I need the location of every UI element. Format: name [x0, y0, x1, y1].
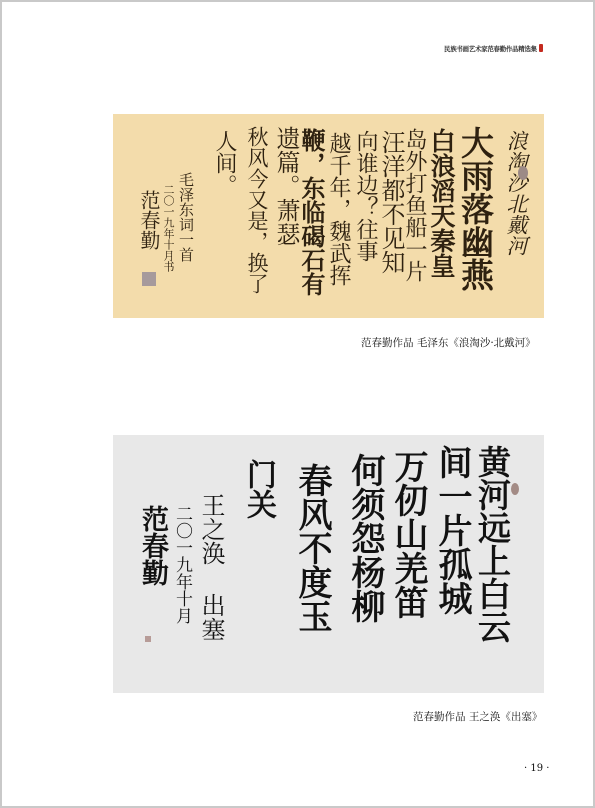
artist-seal-icon: [142, 272, 156, 286]
running-header: 民族书画艺术家范春勤作品精选集: [444, 43, 543, 53]
book-title: 民族书画艺术家范春勤作品精选集: [444, 44, 537, 53]
seal-stamp-icon: [511, 483, 519, 495]
calligraphy-column: 向谁边？往事: [354, 130, 376, 262]
calligraphy-column: 黄河远上白云: [476, 445, 509, 643]
calligraphy-column: 何须怨杨柳: [348, 453, 382, 623]
calligraphy-column: 越千年，魏武挥: [327, 132, 349, 286]
calligraphy-column: 人间。: [213, 130, 235, 196]
calligraphy-column: 遗篇。萧瑟: [274, 126, 298, 246]
inscription-date: 二〇一九年十月: [173, 505, 190, 624]
artist-signature: 范春勤: [139, 190, 159, 250]
calligraphy-column: 万仞山羌笛: [391, 449, 425, 619]
artwork-caption: 范春勤作品 毛泽东《浪淘沙·北戴河》: [361, 335, 536, 350]
seal-stamp-icon: [518, 166, 528, 180]
inscription-date: 二〇一九年十月书: [163, 184, 174, 272]
calligraphy-column: 大雨落幽燕: [459, 126, 492, 291]
calligraphy-column: 白浪滔天秦皇: [429, 128, 454, 278]
calligraphy-column: 秋风今又是，换了: [246, 126, 267, 294]
artist-seal-icon: [145, 636, 151, 642]
calligraphy-artwork-beidaihe: 浪淘沙北戴河 大雨落幽燕 白浪滔天秦皇 岛外打鱼船一片 汪洋都不见知 向谁边？往…: [113, 114, 544, 318]
calligraphy-artwork-chusai: 黄河远上白云 间一片孤城 万仞山羌笛 何须怨杨柳 春风不度玉 门关 王之涣 出塞…: [113, 435, 544, 693]
calligraphy-column: 汪洋都不见知: [379, 130, 403, 274]
calligraphy-column: 间一片孤城: [435, 445, 469, 615]
inscription-line: 王之涣 出塞: [199, 493, 223, 641]
artwork-title-column: 浪淘沙北戴河: [505, 130, 526, 256]
page-number: · 19 ·: [524, 763, 549, 774]
artwork-caption: 范春勤作品 王之涣《出塞》: [413, 709, 542, 724]
artist-signature: 范春勤: [139, 505, 166, 586]
calligraphy-column: 鞭，东临碣石有: [299, 128, 323, 296]
seal-icon: [539, 44, 543, 52]
calligraphy-column: 岛外打鱼船一片: [403, 128, 425, 282]
inscription-line: 毛泽东词一首: [178, 172, 193, 262]
calligraphy-column: 春风不度玉: [295, 463, 329, 633]
calligraphy-column: 门关: [243, 459, 273, 519]
